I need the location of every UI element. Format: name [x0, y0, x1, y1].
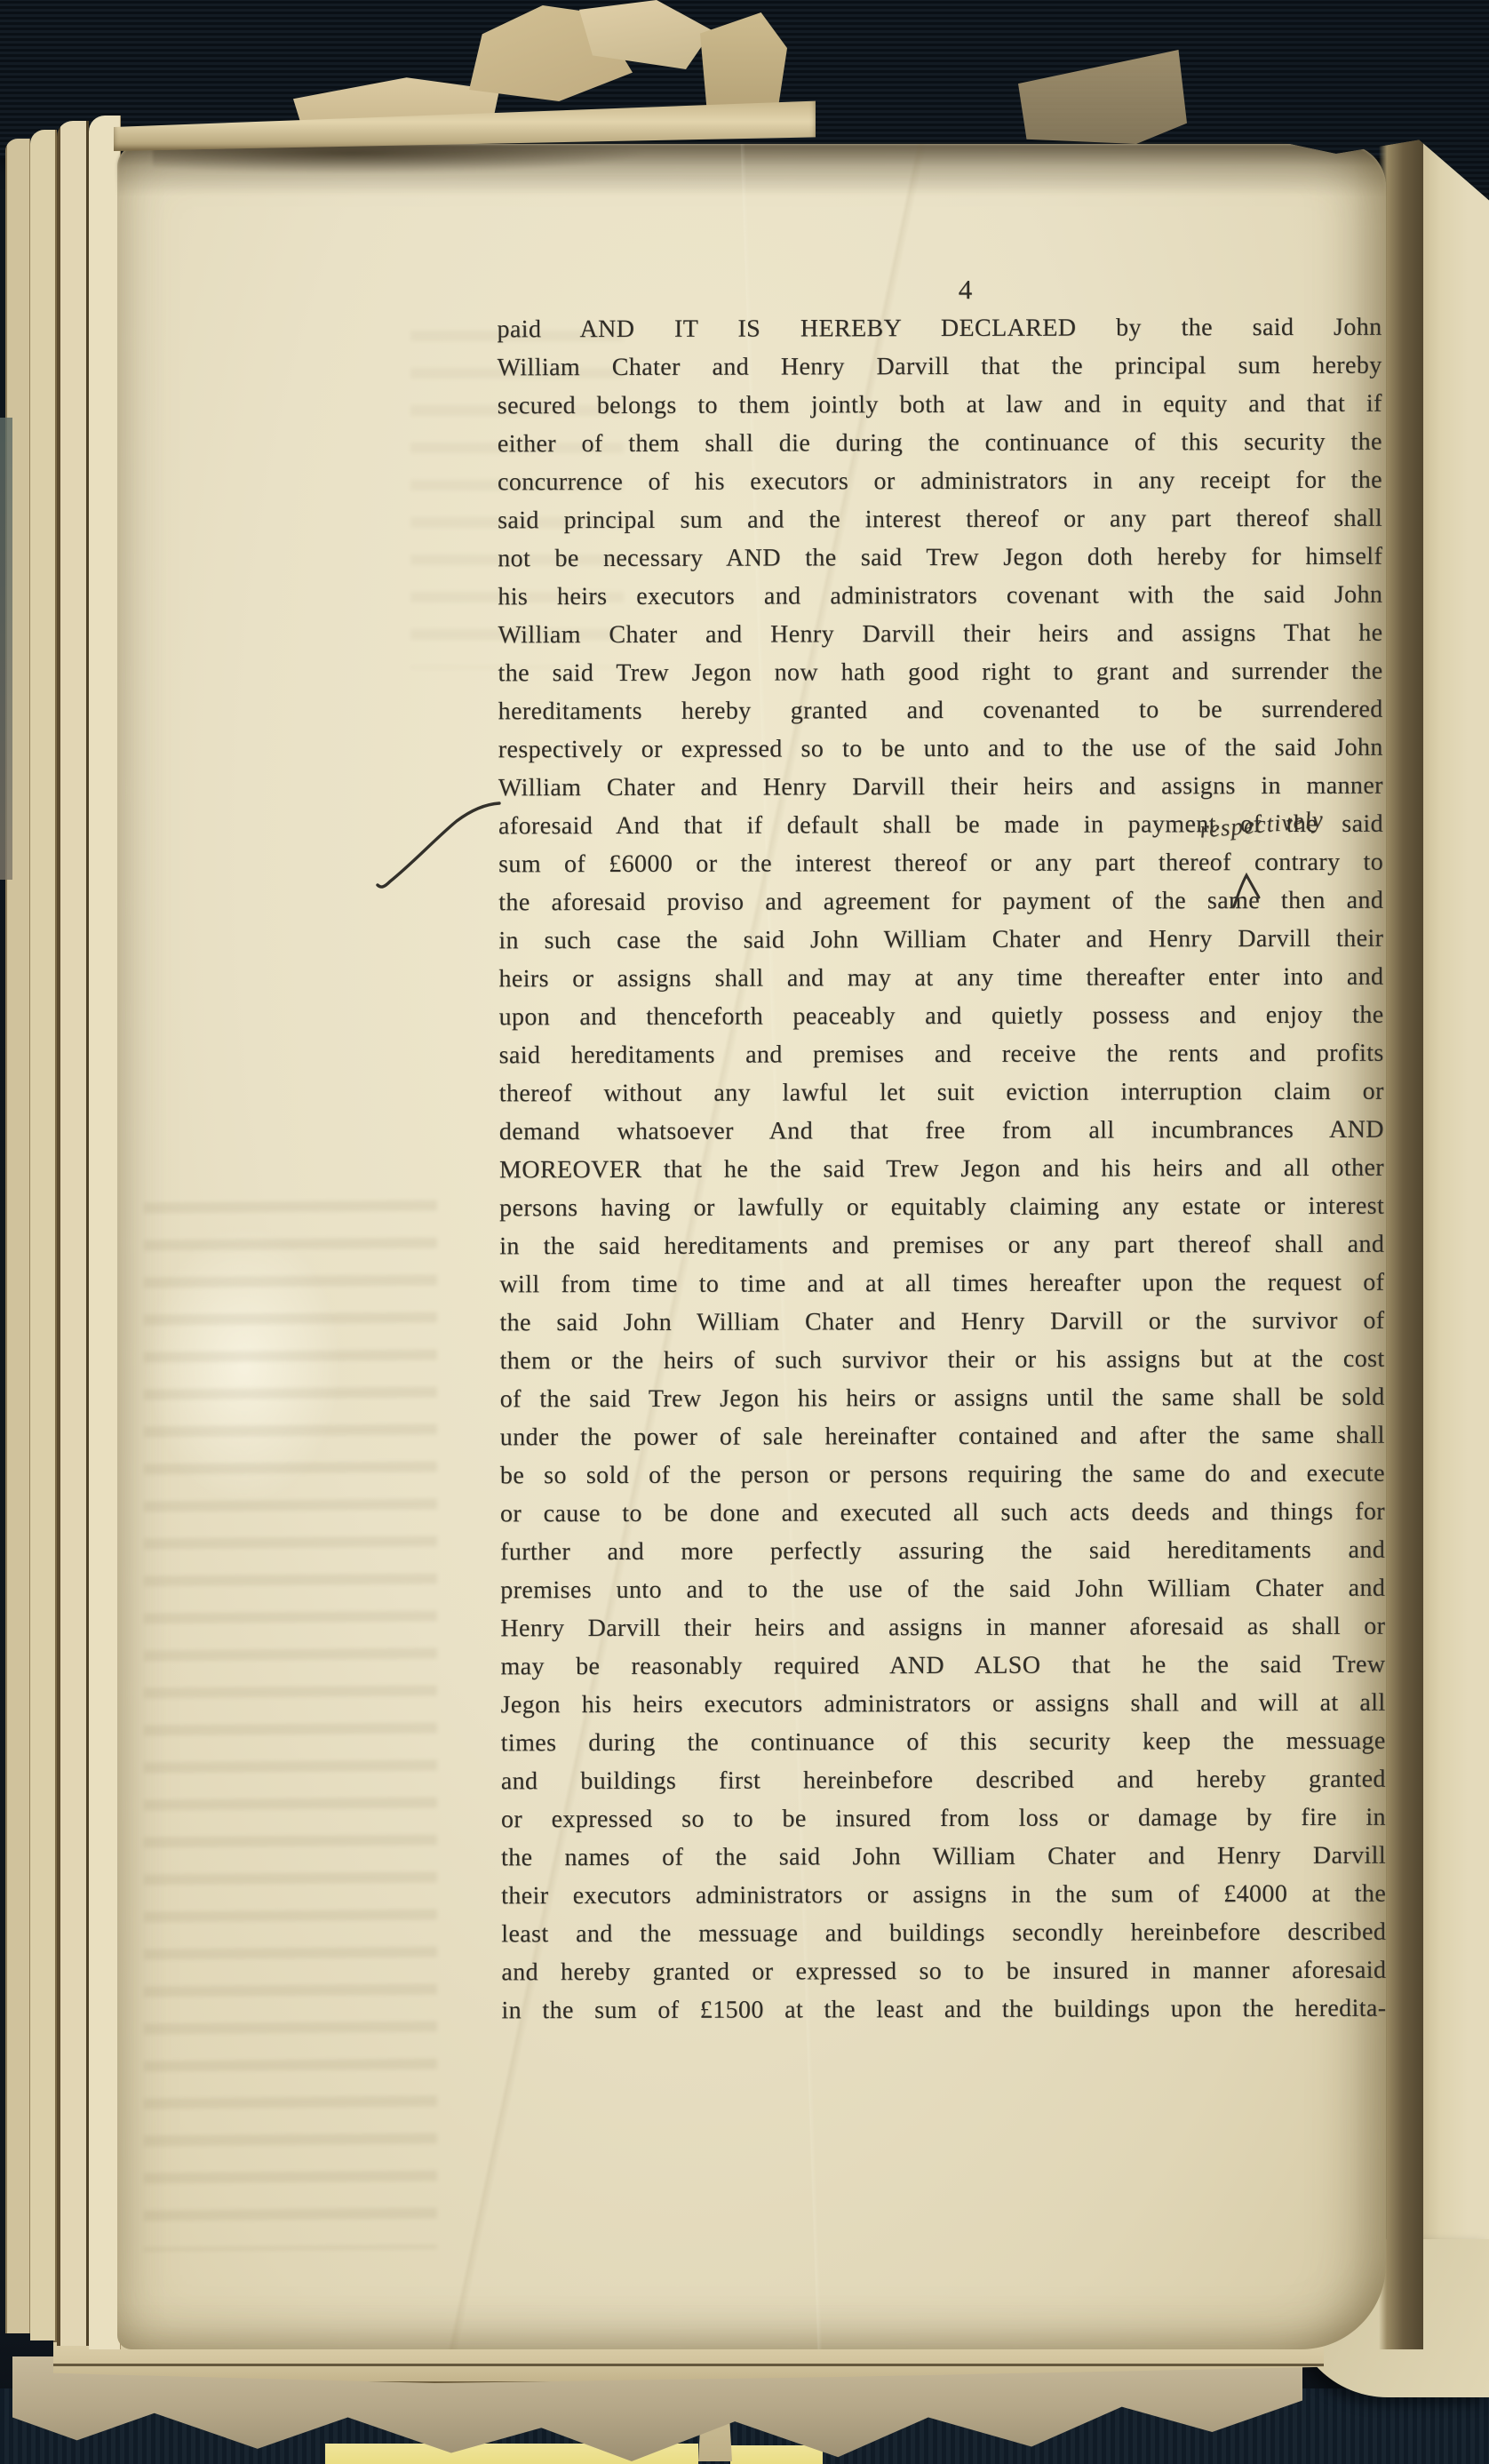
body-text: paid AND IT IS HEREBY DECLARED by the sa… — [497, 308, 1386, 2030]
text-line: further and more perfectly assuring the … — [500, 1531, 1385, 1572]
text-line: be so sold of the person or persons requ… — [500, 1455, 1385, 1495]
text-line: the names of the said John William Chate… — [501, 1837, 1386, 1878]
text-line: in such case the said John William Chate… — [498, 920, 1383, 961]
page-stack-edge — [89, 116, 121, 2349]
text-line: demand whatsoever And that free from all… — [499, 1111, 1384, 1152]
text-line: times during the continuance of this sec… — [501, 1722, 1386, 1763]
next-page-edge — [1420, 132, 1489, 2348]
text-line: said principal sum and the interest ther… — [498, 499, 1382, 540]
insertion-caret-mark — [1230, 871, 1265, 910]
page-number: 4 — [917, 274, 1015, 306]
text-line: Jegon his heirs executors administrators… — [501, 1684, 1386, 1725]
book-page-scan: 4 paid AND IT IS HEREBY DECLARED by the … — [0, 0, 1489, 2464]
text-line: said hereditaments and premises and rece… — [499, 1034, 1384, 1075]
text-line: the said John William Chater and Henry D… — [499, 1302, 1384, 1343]
text-line: in the said hereditaments and premises o… — [499, 1225, 1384, 1266]
text-line: William Chater and Henry Darvill their h… — [498, 614, 1382, 655]
text-line: premises unto and to the use of the said… — [500, 1569, 1385, 1610]
text-line: their executors administrators or assign… — [501, 1875, 1386, 1916]
text-line: or cause to be done and executed all suc… — [500, 1493, 1385, 1534]
text-line: respectively or expressed so to be unto … — [498, 729, 1383, 770]
text-line: secured belongs to them jointly both at … — [498, 385, 1382, 426]
text-line: will from time to time and at all times … — [499, 1264, 1384, 1304]
text-line: William Chater and Henry Darvill their h… — [498, 767, 1383, 808]
text-line: under the power of sale hereinafter cont… — [500, 1416, 1385, 1457]
page-smudge — [142, 1219, 346, 1512]
text-line: least and the messuage and buildings sec… — [501, 1913, 1386, 1954]
text-line: may be reasonably required AND ALSO that… — [500, 1646, 1385, 1687]
text-line: in the sum of £1500 at the least and the… — [501, 1990, 1386, 2030]
text-line: concurrence of his executors or administ… — [498, 461, 1382, 502]
text-line: hereditaments hereby granted and covenan… — [498, 690, 1383, 731]
text-line: MOREOVER that he the said Trew Jegon and… — [499, 1149, 1384, 1190]
text-line: of the said Trew Jegon his heirs or assi… — [500, 1378, 1385, 1419]
text-line: not be necessary AND the said Trew Jegon… — [498, 538, 1382, 578]
text-line: or expressed so to be insured from loss … — [501, 1798, 1386, 1839]
margin-ink-stroke — [371, 791, 505, 893]
text-line: either of them shall die during the cont… — [498, 423, 1382, 464]
text-line: paid AND IT IS HEREBY DECLARED by the sa… — [497, 308, 1382, 349]
text-line: thereof without any lawful let suit evic… — [499, 1073, 1384, 1113]
text-line: persons having or lawfully or equitably … — [499, 1187, 1384, 1228]
text-line: and hereby granted or expressed so to be… — [501, 1951, 1386, 1992]
page-stack-edge — [30, 130, 57, 2340]
page-top-grime — [117, 144, 1386, 195]
text-line: upon and thenceforth peaceably and quiet… — [498, 996, 1383, 1037]
text-line: his heirs executors and administrators c… — [498, 576, 1382, 617]
text-line: them or the heirs of such survivor their… — [500, 1340, 1385, 1381]
text-line: heirs or assigns shall and may at any ti… — [498, 958, 1383, 999]
text-line: and buildings first hereinbefore describ… — [501, 1760, 1386, 1801]
page-stack-edge — [57, 121, 89, 2346]
text-line: Henry Darvill their heirs and assigns in… — [500, 1607, 1385, 1648]
document-page: 4 paid AND IT IS HEREBY DECLARED by the … — [117, 144, 1386, 2349]
text-line: William Chater and Henry Darvill that th… — [498, 347, 1382, 387]
page-stack-edge — [0, 418, 12, 880]
text-line: the said Trew Jegon now hath good right … — [498, 652, 1382, 693]
yellow-slip — [730, 2445, 823, 2464]
